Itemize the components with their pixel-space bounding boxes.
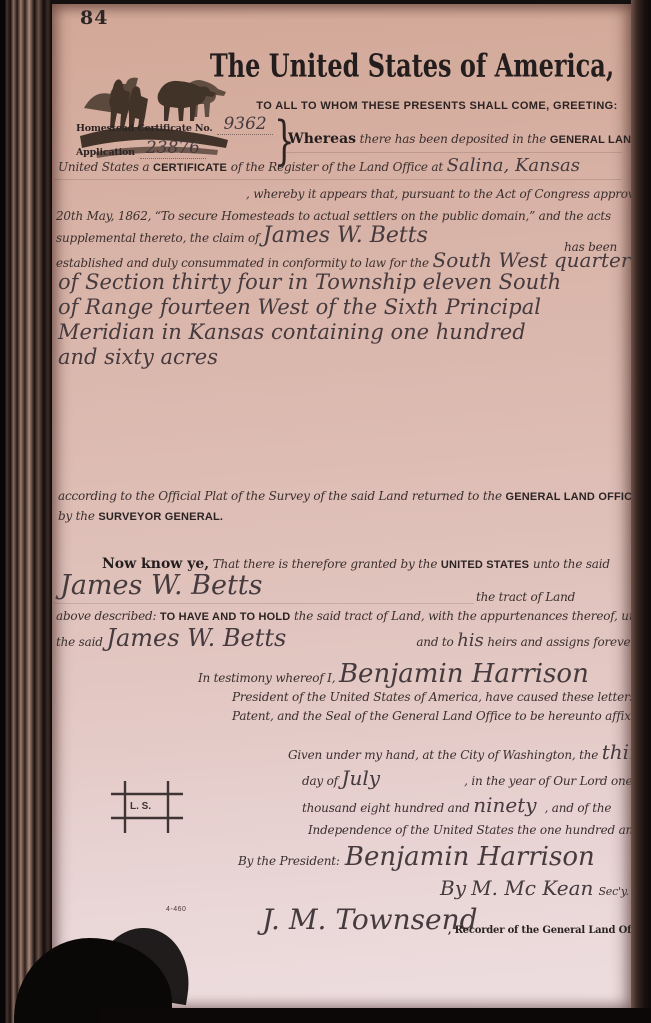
whereas-line-1: Whereas there has been deposited in the …: [288, 128, 631, 147]
testimony-line-1: In testimony whereof I, Benjamin Harriso…: [198, 659, 589, 689]
secretary-by-handwriting: By: [440, 876, 466, 900]
land-description-line-2: of Range fourteen West of the Sixth Prin…: [58, 295, 541, 319]
heirs-text: heirs and assigns forever.: [484, 635, 631, 649]
general-land-office-text: GENERAL LAND OFFICE: [505, 491, 631, 503]
whereas-word: Whereas: [288, 131, 356, 147]
whereas-line-2: United States a CERTIFICATE of the Regis…: [58, 155, 580, 176]
and-to-text: and to: [416, 635, 457, 649]
president-signature-handwriting: Benjamin Harrison: [345, 842, 595, 872]
granted-text: That there is therefore granted by the: [209, 557, 441, 571]
scanned-document-photo: 84 The United States of America, TO ALL …: [0, 0, 651, 1023]
appurtenances-text: the said tract of Land, with the appurte…: [290, 609, 631, 623]
book-binding-gutter: [0, 0, 52, 1023]
recorder-signature-handwriting: J. M. Townsend: [262, 903, 478, 936]
day-word-handwriting: third: [602, 740, 631, 764]
his-word-handwriting: his: [457, 630, 484, 651]
year-word-handwriting: ninety: [473, 793, 536, 817]
general-land-office-text: GENERAL LAND OFFICE: [550, 134, 631, 146]
unto-said-text: unto the said: [529, 557, 610, 571]
month-handwriting: July: [342, 766, 381, 790]
united-states-a-text: United States a: [58, 160, 153, 174]
tract-of-land-text: the tract of Land: [476, 590, 575, 604]
given-text: Given under my hand, at the City of Wash…: [288, 748, 602, 762]
established-text: established and duly consummated in conf…: [56, 256, 433, 270]
grant-line-4: the said James W. Bettsand to his heirs …: [56, 624, 631, 652]
to-have-and-to-hold-text: TO HAVE AND TO HOLD: [160, 611, 291, 623]
testimony-line-2: President of the United States of Americ…: [232, 690, 631, 704]
secretary-signature-line: By M. Mc Kean Sec'y.: [440, 876, 629, 900]
patent-document-page: 84 The United States of America, TO ALL …: [52, 4, 631, 1011]
pursuant-text: , whereby it appears that, pursuant to t…: [246, 187, 631, 201]
ruled-line: [54, 603, 474, 604]
by-the-text: by the: [58, 509, 98, 523]
president-name-handwriting: Benjamin Harrison: [339, 659, 589, 689]
supplemental-text: supplemental thereto, the claim of: [56, 231, 263, 245]
grant-line-3: above described: TO HAVE AND TO HOLD the…: [56, 605, 631, 624]
surveyor-general-text: SURVEYOR GENERAL.: [98, 511, 223, 523]
land-description-line-3: Meridian in Kansas containing one hundre…: [58, 320, 526, 344]
president-signature-line: By the President: Benjamin Harrison: [238, 842, 595, 872]
whereas-line-3: , whereby it appears that, pursuant to t…: [246, 183, 631, 202]
united-states-text: UNITED STATES: [441, 559, 529, 571]
ruled-line: [54, 179, 622, 180]
homestead-certificate-row: Homestead Certificate No. 9362: [76, 116, 286, 140]
plat-returned-text: according to the Official Plat of the Su…: [58, 489, 505, 503]
secretary-signature-handwriting: M. Mc Kean: [471, 876, 593, 900]
whereas-line-5: supplemental thereto, the claim of James…: [56, 223, 428, 248]
deposited-text: there has been deposited in the: [356, 132, 550, 146]
register-text: of the Register of the Land Office at: [227, 160, 447, 174]
testimony-line-3: Patent, and the Seal of the General Land…: [232, 709, 631, 723]
execution-line-3: thousand eight hundred and ninety, and o…: [302, 793, 611, 817]
thousand-text: thousand eight hundred and: [302, 801, 473, 815]
land-description-line-1: of Section thirty four in Township eleve…: [58, 270, 561, 294]
ruled-line: [286, 152, 622, 153]
title-text: The United States of America,: [210, 46, 614, 84]
form-number: 4-460: [166, 906, 186, 913]
land-office-place-handwriting: Salina, Kansas: [447, 155, 580, 176]
grantee-name-2-handwriting: James W. Betts: [106, 624, 286, 652]
ls-text: L. S.: [130, 801, 151, 812]
ls-seal-mark: L. S.: [108, 778, 186, 836]
document-title: The United States of America,: [202, 46, 622, 75]
act-of-congress-text: 20th May, 1862, “To secure Homesteads to…: [56, 209, 611, 223]
day-of-text: day of: [302, 774, 342, 788]
whereas-line-4: 20th May, 1862, “To secure Homesteads to…: [56, 205, 611, 224]
land-description-line-4: and sixty acres: [58, 345, 218, 369]
photo-bottom-edge: [100, 1008, 651, 1023]
independence-text: Independence of the United States the on…: [308, 823, 631, 837]
claimant-name-handwriting: James W. Betts: [263, 223, 428, 248]
page-number: 84: [80, 7, 108, 29]
whereas-line-6: established and duly consummated in conf…: [56, 248, 630, 272]
and-of-the-text: , and of the: [545, 801, 612, 815]
recorder-title: , Recorder of the General Land Office.: [448, 925, 631, 936]
page-right-edge: [631, 0, 651, 1023]
by-president-label: By the President:: [238, 854, 340, 868]
plat-line-2: by the SURVEYOR GENERAL.: [58, 505, 223, 524]
secretary-title: Sec'y.: [598, 885, 628, 898]
certificate-word: CERTIFICATE: [153, 162, 227, 174]
grantee-name-handwriting: James W. Betts: [60, 570, 263, 601]
recorder-signature-line: J. M. Townsend: [262, 903, 478, 936]
plat-line-1: according to the Official Plat of the Su…: [58, 485, 631, 504]
homestead-certificate-label: Homestead Certificate No.: [76, 123, 212, 134]
execution-line-1: Given under my hand, at the City of Wash…: [288, 740, 631, 764]
in-testimony-text: In testimony whereof I,: [198, 671, 339, 685]
year-lead-text: , in the year of Our Lord one: [464, 774, 631, 788]
execution-line-2: day of July, in the year of Our Lord one: [302, 766, 631, 790]
greeting-line: TO ALL TO WHOM THESE PRESENTS SHALL COME…: [247, 100, 627, 112]
execution-line-4: Independence of the United States the on…: [308, 818, 631, 839]
tract-start-handwriting: South West quarter: [433, 248, 631, 272]
above-described-text: above described:: [56, 609, 160, 623]
the-said-text: the said: [56, 635, 106, 649]
homestead-certificate-number: 9362: [217, 114, 272, 135]
